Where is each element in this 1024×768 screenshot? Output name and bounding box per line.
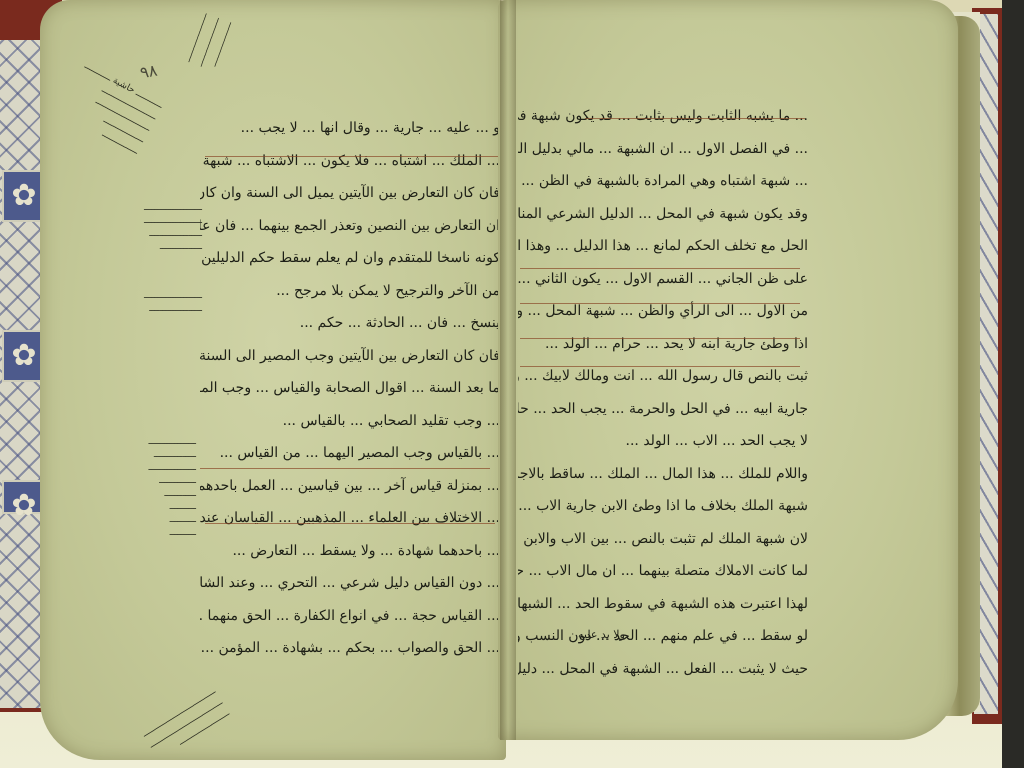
text-line: كونه ناسخا للمتقدم وان لم يعلم سقط حكم ا… [200,242,500,275]
text-line: فان كان التعارض بين الآيتين يميل الى الس… [200,177,500,210]
text-line: ... وجب تقليد الصحابي ... بالقياس ... [200,405,500,438]
text-line: لو سقط ... في علم منهم ... الحد ... دون … [518,620,808,653]
text-line: لهذا اعتبرت هذه الشبهة في سقوط الحد ... … [518,588,808,621]
left-page-main-text: و ... عليه ... جارية ... وقال انها ... ل… [200,112,500,665]
text-line: من الآخر والترجيح لا يمكن بلا مرجح ... [200,275,500,308]
text-line: و ... عليه ... جارية ... وقال انها ... ل… [200,112,500,145]
rule-line [205,523,495,524]
text-line: واللام للملك ... هذا المال ... الملك ...… [518,458,808,491]
text-line: ما بعد السنة ... اقوال الصحابة والقياس .… [200,372,500,405]
text-line: ... دون القياس دليل شرعي ... التحري ... … [200,567,500,600]
text-line: لما كانت الاملاك متصلة بينهما ... ان مال… [518,555,808,588]
margin-gloss-left-3: ــــــــــــــــــــــــــــــــــــــــ… [96,436,196,540]
text-line: اذا وطئ جارية ابنه لا يحد ... حرام ... ا… [518,328,808,361]
text-line: ... في الفصل الاول ... ان الشبهة ... مال… [518,133,808,166]
text-line: فان كان التعارض بين الآيتين وجب المصير ا… [200,340,500,373]
rule-line [520,268,800,269]
text-line: لا يجب الحد ... الاب ... الولد ... [518,425,808,458]
text-line: شبهة الملك بخلاف ما اذا وطئ الابن جارية … [518,490,808,523]
rule-line [520,366,800,367]
text-line: حيث لا يثبت ... الفعل ... الشبهة في المح… [518,653,808,686]
text-line: لان شبهة الملك لم تثبت بالنص ... بين الا… [518,523,808,556]
text-line: ينسخ ... فان ... الحادثة ... حكم ... [200,307,500,340]
text-line: وقد يكون شبهة في المحل ... الدليل الشرعي… [518,198,808,231]
book-spine-gutter [500,0,516,740]
text-line: الحل مع تخلف الحكم لمانع ... هذا الدليل … [518,230,808,263]
margin-gloss-left-2: ــــــــــــــــــــــــــــــــــــــــ… [86,290,202,316]
rule-line [585,118,805,119]
margin-gloss-left-1: ــــــــــــــــــــــــــــــــــــــــ… [86,202,202,254]
text-line: من الاول ... الى الرأي والظن ... شبهة ال… [518,295,808,328]
text-line: ... الاختلاف بين العلماء ... المذهبين ..… [200,502,500,535]
text-line: ... بالقياس وجب المصير اليهما ... من الق… [200,437,500,470]
text-line: ... الحق والصواب ... بحكم ... بشهادة ...… [200,632,500,665]
text-line: ... شبهة اشتباه وهي المرادة بالشبهة في ا… [518,165,808,198]
manuscript-photo: ٩٨ و ... عليه ... جارية ... وقال انها ..… [0,0,1024,768]
text-line: ان التعارض بين النصين وتعذر الجمع بينهما… [200,210,500,243]
rule-line [520,338,800,339]
text-line: ... القياس حجة ... في انواع الكفارة ... … [200,600,500,633]
text-line: ثبت بالنص قال رسول الله ... انت ومالك لا… [518,360,808,393]
right-page-main-text: ... ما يشبه الثابت وليس بثابت ... قد يكو… [518,100,808,685]
rule-line [205,156,500,157]
text-line: جارية ابيه ... في الحل والحرمة ... يجب ا… [518,393,808,426]
closing-line: ولا بد عليه [578,628,625,641]
text-line: ... ما يشبه الثابت وليس بثابت ... قد يكو… [518,100,808,133]
rule-line [200,468,490,469]
text-line: ... الملك ... اشتباه ... فلا يكون ... ال… [200,145,500,178]
text-line: ... بمنزلة قياس آخر ... بين قياسين ... ا… [200,470,500,503]
rule-line [520,303,800,304]
text-line: ... باحدهما شهادة ... ولا يسقط ... التعا… [200,535,500,568]
dark-background-strip [1002,0,1024,768]
folio-number: ٩٨ [138,61,158,83]
